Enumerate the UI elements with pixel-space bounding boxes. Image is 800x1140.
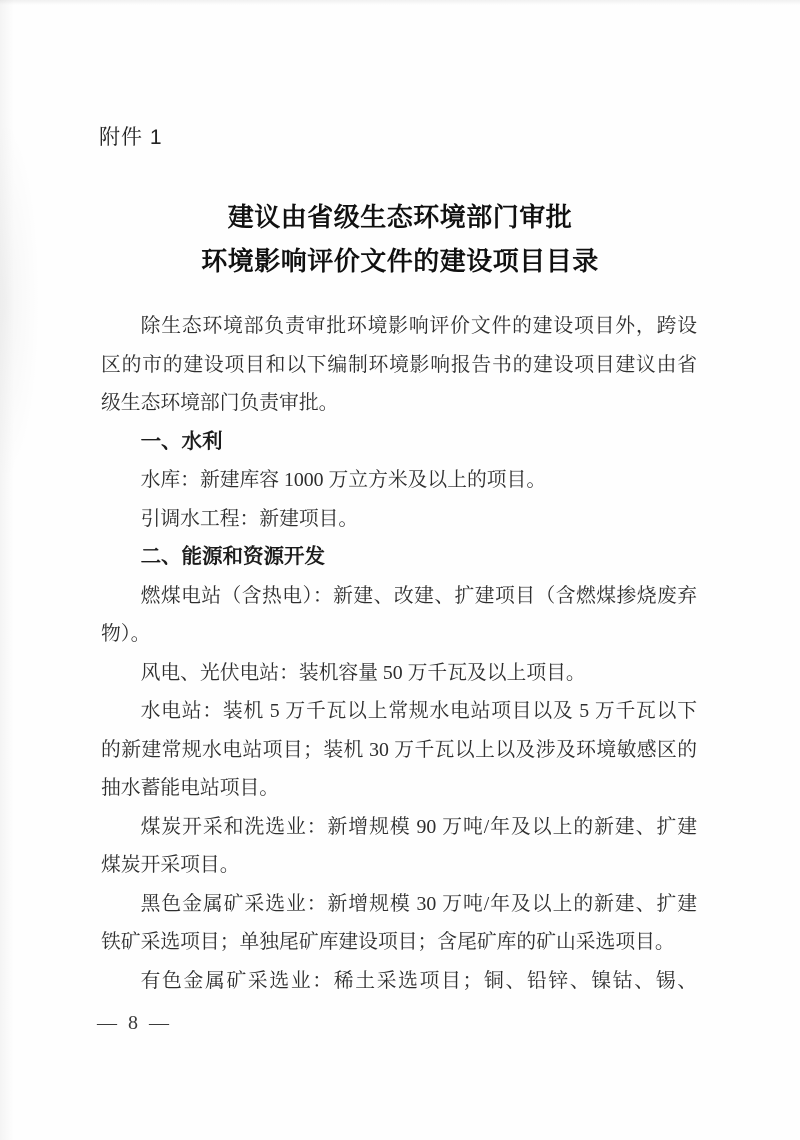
attachment-label: 附件 1 <box>99 121 163 151</box>
paragraph-line: 物）。 <box>101 615 697 654</box>
paragraph-line: 燃煤电站（含热电）：新建、改建、扩建项目（含燃煤掺烧废弃 <box>101 577 697 616</box>
document-body: 除生态环境部负责审批环境影响评价文件的建设项目外，跨设区的市的建设项目和以下编制… <box>101 307 697 1000</box>
paragraph-line: 抽水蓄能电站项目。 <box>101 769 697 808</box>
paragraph-line: 引调水工程：新建项目。 <box>101 500 697 539</box>
document-page: 附件 1 建议由省级生态环境部门审批 环境影响评价文件的建设项目目录 除生态环境… <box>0 0 800 1140</box>
scan-artifact-left-edge <box>0 0 14 1140</box>
paragraph-line: 除生态环境部负责审批环境影响评价文件的建设项目外，跨设 <box>101 307 697 346</box>
document-title-line-2: 环境影响评价文件的建设项目目录 <box>0 240 800 284</box>
paragraph-line: 黑色金属矿采选业：新增规模 30 万吨/年及以上的新建、扩建 <box>101 885 697 924</box>
paragraph-line: 水电站：装机 5 万千瓦以上常规水电站项目以及 5 万千瓦以下 <box>101 692 697 731</box>
paragraph-line: 铁矿采选项目；单独尾矿库建设项目；含尾矿库的矿山采选项目。 <box>101 923 697 962</box>
paragraph-line: 煤炭开采项目。 <box>101 846 697 885</box>
page-number: — 8 — <box>97 1012 172 1035</box>
paragraph-line: 有色金属矿采选业：稀土采选项目；铜、铅锌、镍钴、锡、 <box>101 962 697 1001</box>
document-title-line-1: 建议由省级生态环境部门审批 <box>0 196 800 240</box>
paragraph-line: 煤炭开采和洗选业：新增规模 90 万吨/年及以上的新建、扩建 <box>101 808 697 847</box>
paragraph-line: 风电、光伏电站：装机容量 50 万千瓦及以上项目。 <box>101 654 697 693</box>
scan-artifact-smudge <box>0 120 40 480</box>
paragraph-line: 水库：新建库容 1000 万立方米及以上的项目。 <box>101 461 697 500</box>
paragraph-line: 区的市的建设项目和以下编制环境影响报告书的建设项目建议由省 <box>101 346 697 385</box>
paragraph-line: 的新建常规水电站项目；装机 30 万千瓦以上以及涉及环境敏感区的 <box>101 731 697 770</box>
scan-artifact-top-edge <box>0 0 800 5</box>
section-heading: 一、水利 <box>101 423 697 462</box>
document-title: 建议由省级生态环境部门审批 环境影响评价文件的建设项目目录 <box>0 196 800 284</box>
section-heading: 二、能源和资源开发 <box>101 538 697 577</box>
paragraph-line: 级生态环境部门负责审批。 <box>101 384 697 423</box>
